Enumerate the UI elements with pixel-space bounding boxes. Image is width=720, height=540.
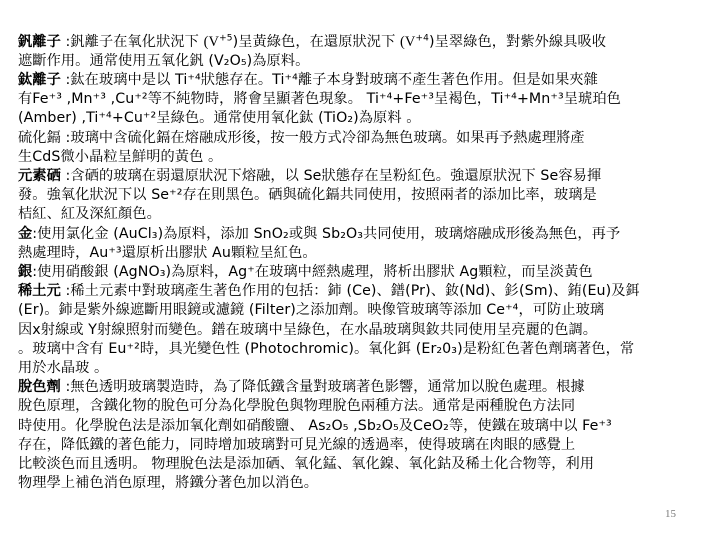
paragraph-titanium-line-2: 有Fe⁺³ ,Mn⁺³ ,Cu⁺²等不純物時，將會呈顯著色現象。 Ti⁺⁴+Fe… xyxy=(18,90,621,109)
paragraph-decolorizer-line-5: 比較淡色而且透明。 物理脫色法是添加硒、氧化錳、氧化鎳、氧化鈷及稀土化合物等，利… xyxy=(18,455,594,474)
term-gold: 金 xyxy=(18,226,32,242)
paragraph-vanadium-line-1: 釩離子 :釩離子在氧化狀況下 (V+5)呈黃綠色，在還原狀況下 (V+4)呈翠綠… xyxy=(18,33,606,52)
paragraph-rare-earth-line-4: 。玻璃中含有 Eu⁺²時，具光變色性 (Photochromic)。氧化鉺 (E… xyxy=(18,340,634,359)
paragraph-rare-earth-line-2: (Er)。鈰是紫外線遮斷用眼鏡或濾鏡 (Filter)之添加劑。映像管玻璃等添加… xyxy=(18,301,604,320)
paragraph-rare-earth-line-5: 用於水晶玻 。 xyxy=(18,359,108,378)
paragraph-decolorizer-line-6: 物理學上補色消色原理，將鐵分著色加以消色。 xyxy=(18,474,318,493)
paragraph-cadmium-sulfide-line-1: 硫化鎘 :玻璃中含硫化鎘在熔融成形後，按一般方式冷卻為無色玻璃。如果再予熱處理將… xyxy=(18,129,585,148)
paragraph-silver-line-1: 銀:使用硝酸銀 (AgNO₃)為原料，Ag⁺在玻璃中經熱處理，將析出膠狀 Ag顆… xyxy=(18,263,593,282)
term-selenium: 元素硒 xyxy=(18,168,61,184)
paragraph-cadmium-sulfide-line-2: 生CdS微小晶粒呈鮮明的黃色 。 xyxy=(18,148,222,167)
paragraph-decolorizer-line-1: 脫色劑 :無色透明玻璃製造時，為了降低鐵含量對玻璃著色影響，通常加以脫色處理。根… xyxy=(18,378,585,397)
paragraph-selenium-line-3: 桔紅、紅及深紅顏色。 xyxy=(18,205,161,224)
page-number: 15 xyxy=(665,508,676,520)
term-titanium: 鈦離子 xyxy=(18,72,61,88)
term-decolorizer: 脫色劑 xyxy=(18,379,61,395)
paragraph-decolorizer-line-2: 脫色原理，含鐵化物的脫色可分為化學脫色與物理脫色兩種方法。通常是兩種脫色方法同 xyxy=(18,397,575,416)
paragraph-gold-line-1: 金:使用氯化金 (AuCl₃)為原料，添加 SnO₂或與 Sb₂O₃共同使用，玻… xyxy=(18,225,620,244)
paragraph-gold-line-2: 熱處理時，Au⁺³還原析出膠狀 Au顆粒呈紅色。 xyxy=(18,244,317,263)
paragraph-rare-earth-line-3: 因x射線或 Y射線照射而變色。鐠在玻璃中呈綠色，在水晶玻璃與釹共同使用呈亮麗的色… xyxy=(18,321,597,340)
paragraph-titanium-line-1: 鈦離子 :鈦在玻璃中是以 Ti⁺⁴狀態存在。Ti⁺⁴離子本身對玻璃不產生著色作用… xyxy=(18,71,598,90)
paragraph-selenium-line-1: 元素硒 :含硒的玻璃在弱還原狀況下熔融，以 Se狀態存在呈粉紅色。強還原狀況下 … xyxy=(18,167,601,186)
term-rare-earth: 稀土元 xyxy=(18,283,61,299)
paragraph-vanadium-line-2: 遮斷作用。通常使用五氧化釩 (V₂O₅)為原料。 xyxy=(18,52,309,71)
term-vanadium: 釩離子 xyxy=(18,34,61,50)
paragraph-decolorizer-line-4: 存在，降低鐵的著色能力，同時增加玻璃對可見光線的透過率，使得玻璃在肉眼的感覺上 xyxy=(18,436,575,455)
paragraph-titanium-line-3: (Amber) ,Ti⁺⁴+Cu⁺²呈綠色。通常使用氧化鈦 (TiO₂)為原料 … xyxy=(18,109,421,128)
document-page: 釩離子 :釩離子在氧化狀況下 (V+5)呈黃綠色，在還原狀況下 (V+4)呈翠綠… xyxy=(0,0,720,540)
paragraph-decolorizer-line-3: 時使用。化學脫色法是添加氧化劑如硝酸鹽、 As₂O₅ ,Sb₂O₅及CeO₂等，… xyxy=(18,417,612,436)
paragraph-selenium-line-2: 發。強氧化狀況下以 Se⁺²存在則黑色。硒與硫化鎘共同使用，按照兩者的添加比率，… xyxy=(18,186,597,205)
term-silver: 銀 xyxy=(18,264,32,280)
paragraph-rare-earth-line-1: 稀土元 :稀土元素中對玻璃產生著色作用的包括：鈰 (Ce)、鐠(Pr)、釹(Nd… xyxy=(18,282,640,301)
